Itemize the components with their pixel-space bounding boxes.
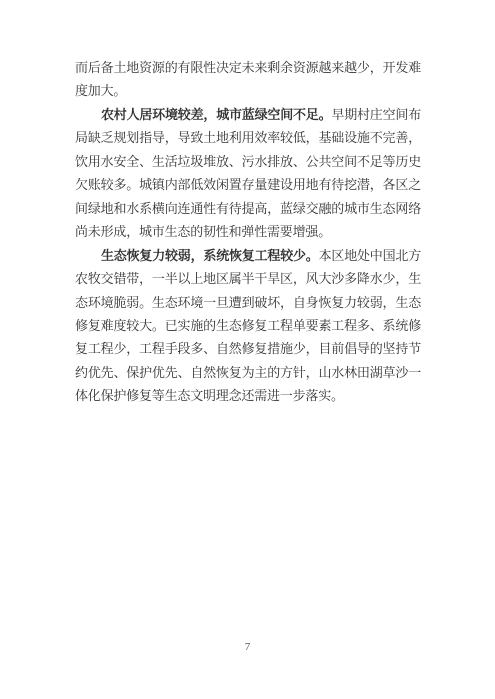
paragraph-continuation: 而后备土地资源的有限性决定未来剩余资源越来越少，开发难度加大。	[75, 56, 421, 103]
paragraph-text: 早期村庄空间布局缺乏规划指导，导致土地利用效率较低，基础设施不完善，饮用水安全、…	[75, 107, 421, 239]
page-number: 7	[0, 641, 495, 653]
paragraph-text: 而后备土地资源的有限性决定未来剩余资源越来越少，开发难度加大。	[75, 60, 421, 98]
paragraph-bold-lead: 农村人居环境较差，城市蓝绿空间不足。	[101, 107, 331, 122]
paragraph-text: 本区地处中国北方农牧交错带，一半以上地区属半干旱区，风大沙多降水少，生态环境脆弱…	[75, 248, 421, 404]
document-page: 而后备土地资源的有限性决定未来剩余资源越来越少，开发难度加大。 农村人居环境较差…	[0, 0, 495, 699]
paragraph-bold-lead: 生态恢复力较弱，系统恢复工程较少。	[101, 248, 319, 263]
page-body-text: 而后备土地资源的有限性决定未来剩余资源越来越少，开发难度加大。 农村人居环境较差…	[75, 56, 421, 408]
paragraph-rural-environment: 农村人居环境较差，城市蓝绿空间不足。早期村庄空间布局缺乏规划指导，导致土地利用效…	[75, 103, 421, 244]
paragraph-eco-recovery: 生态恢复力较弱，系统恢复工程较少。本区地处中国北方农牧交错带，一半以上地区属半干…	[75, 244, 421, 408]
